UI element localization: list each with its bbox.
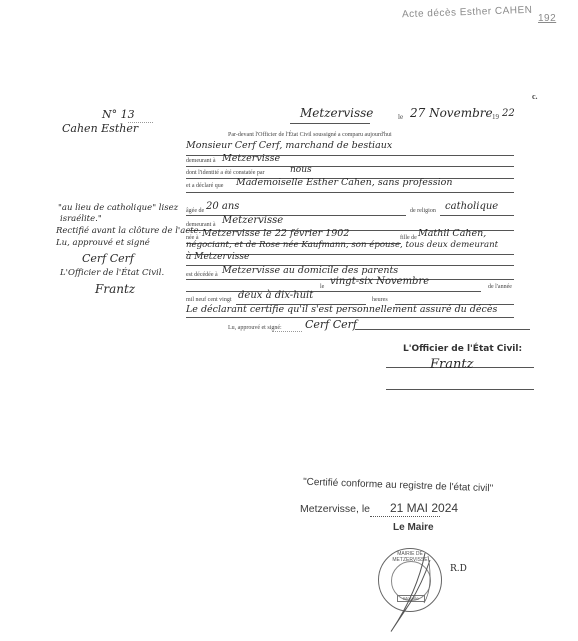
pencil-note: Acte décès Esther CAHEN <box>402 5 533 21</box>
date-prefix: le <box>398 113 403 121</box>
act-number: N° 13 <box>102 108 135 121</box>
father-name: Mathil Cahen, <box>418 228 486 239</box>
residence-value: Metzervisse <box>222 153 280 164</box>
margin-note-line-1: "au lieu de catholique" lisez <box>58 203 178 213</box>
act-place: Metzervisse <box>300 106 373 120</box>
declared-label: et a déclaré que <box>186 183 223 189</box>
certification-place: Metzervisse, le <box>300 503 370 515</box>
death-date-value: vingt-six Novembre <box>330 276 429 287</box>
declarant-signature: Cerf Cerf <box>305 318 357 331</box>
identity-value: nous <box>290 165 312 175</box>
margin-name: Cahen Esther <box>62 122 138 135</box>
born-value: Metzervisse le 22 février 1902 <box>202 228 349 239</box>
deceased-name: Mademoiselle Esther Cahen, sans professi… <box>236 177 453 188</box>
corner-mark: c. <box>532 92 538 101</box>
certification-date: 21 MAI 2024 <box>390 501 458 515</box>
officer-signature: Frantz <box>430 357 473 372</box>
margin-officer-signature: Frantz <box>95 282 135 296</box>
parents-line: négociant, et de Rose née Kaufmann, son … <box>186 240 498 250</box>
declarant-line: Monsieur Cerf Cerf, marchand de bestiaux <box>186 140 392 151</box>
intro-line: Par-devant l'Officier de l'État Civil so… <box>228 132 392 138</box>
residence-label: demeurant à <box>186 158 215 164</box>
mayor-initials: R.D <box>450 564 467 574</box>
margin-note-line-2: israélite." <box>60 214 102 224</box>
certification-quote: "Certifié conforme au registre de l'état… <box>303 477 493 495</box>
page-number: 192 <box>538 13 556 24</box>
mayor-signature-icon <box>380 548 450 638</box>
death-year-label: mil neuf cent vingt <box>186 297 232 303</box>
death-date-label: le <box>320 284 324 290</box>
religion-value: catholique <box>445 201 498 212</box>
certification-line: Le déclarant certifie qu'il s'est person… <box>186 304 497 315</box>
age-label: âgée de <box>186 208 204 214</box>
hours-label: heures <box>372 297 388 303</box>
identity-label: dont l'identité a été constatée par <box>186 170 265 176</box>
died-at-label: est décédée à <box>186 272 218 278</box>
margin-officer-label: L'Officier de l'État Civil. <box>60 268 164 278</box>
year-label: de l'année <box>488 284 512 290</box>
act-date: 27 Novembre <box>410 106 493 120</box>
age-value: 20 ans <box>206 201 239 212</box>
deceased-residence-value: Metzervisse <box>222 215 283 226</box>
died-at-value: Metzervisse au domicile des parents <box>222 265 398 276</box>
parents-residence: à Metzervisse <box>186 252 249 262</box>
margin-note-line-3: Rectifié avant la clôture de l'acte. <box>56 226 201 236</box>
margin-note-line-4: Lu, approuvé et signé <box>56 238 150 248</box>
margin-declarant-signature: Cerf Cerf <box>82 252 134 265</box>
death-year-value: deux à dix-huit <box>238 290 313 301</box>
officer-label: L'Officier de l'État Civil: <box>403 344 522 354</box>
year-suffix: 22 <box>502 108 515 119</box>
mayor-title: Le Maire <box>393 522 434 533</box>
year-prefix: 19 <box>492 113 499 121</box>
religion-label: de religion <box>410 208 436 214</box>
